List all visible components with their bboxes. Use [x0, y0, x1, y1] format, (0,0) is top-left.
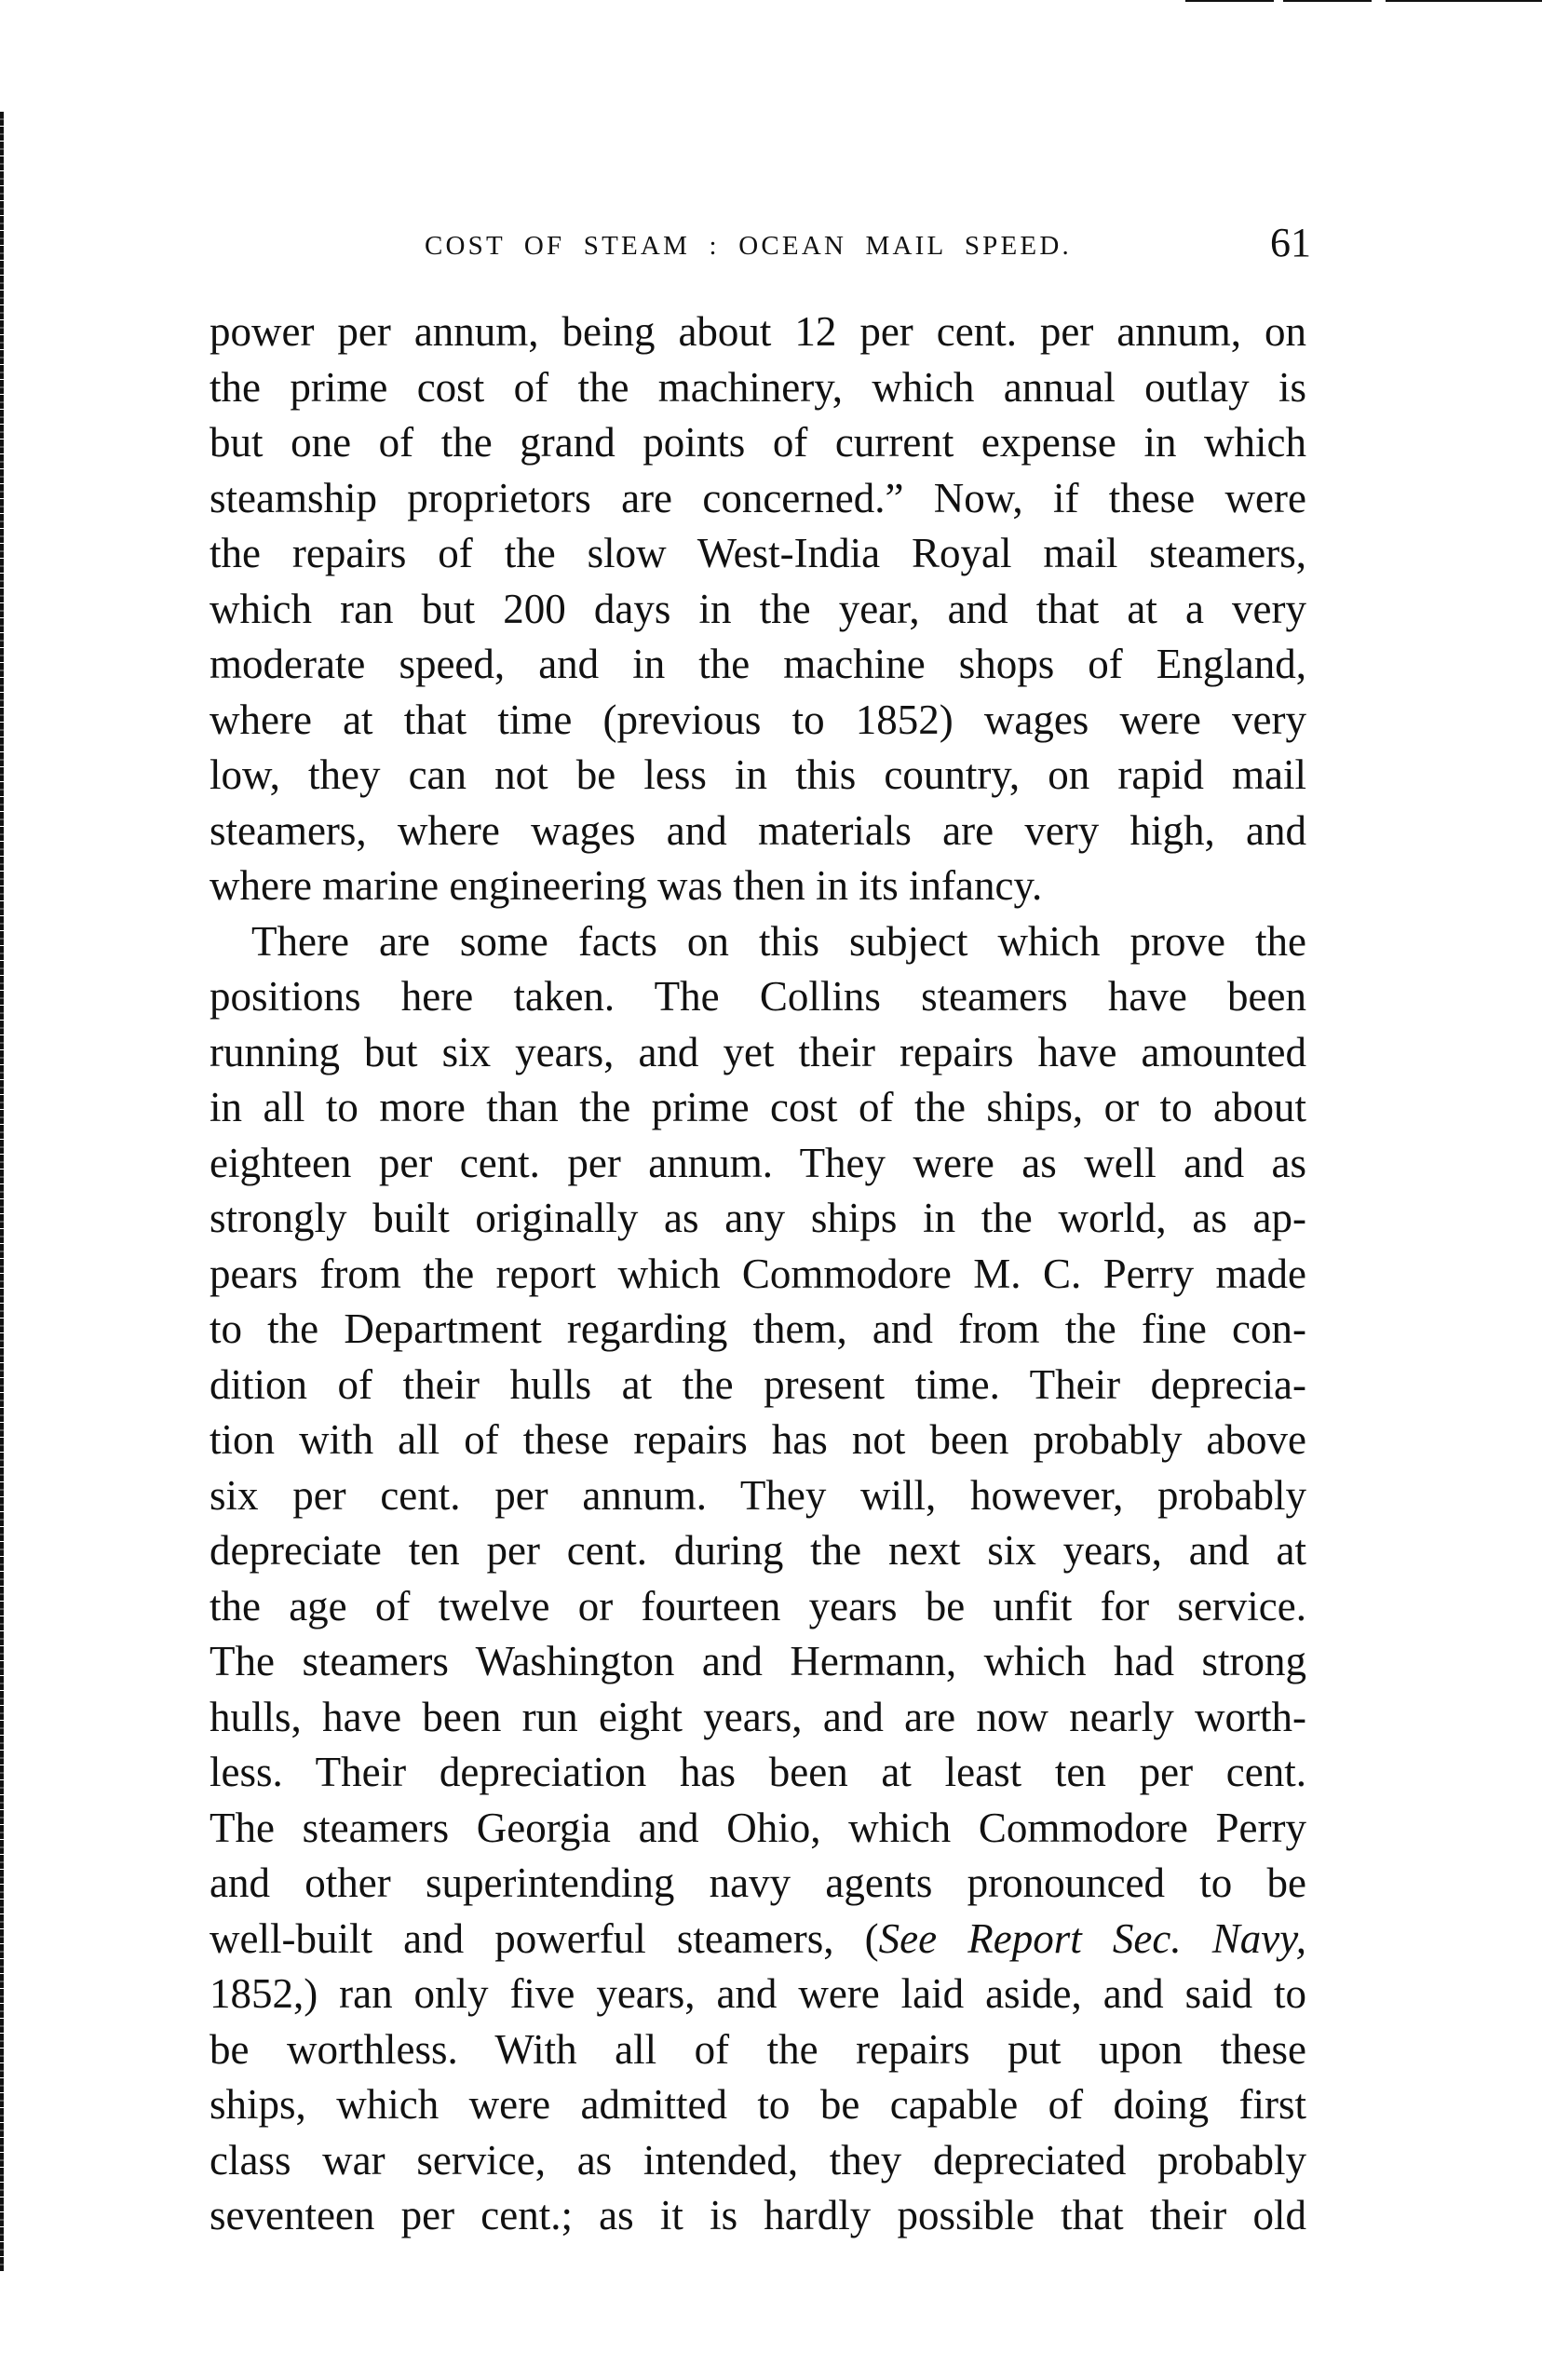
- paragraph-start-line: There are some facts on this subject whi…: [210, 914, 1306, 970]
- text-line: the repairs of the slow West-India Royal…: [210, 526, 1306, 582]
- text-line: steamers, where wages and materials are …: [210, 804, 1306, 859]
- text-line: running but six years, and yet their rep…: [210, 1025, 1306, 1081]
- running-head: COST OF STEAM : OCEAN MAIL SPEED.: [425, 230, 1095, 262]
- text-line: tion with all of these repairs has not b…: [210, 1413, 1306, 1468]
- paragraph-end-line: where marine engineering was then in its…: [210, 859, 1306, 914]
- text-line: class war service, as intended, they dep…: [210, 2133, 1306, 2189]
- text-line: where at that time (previous to 1852) wa…: [210, 693, 1306, 749]
- text-line: ships, which were admitted to be capable…: [210, 2077, 1306, 2133]
- body-text: power per annum, being about 12 per cent…: [210, 304, 1306, 2244]
- text-line: The steamers Georgia and Ohio, which Com…: [210, 1801, 1306, 1857]
- page-number: 61: [1270, 220, 1311, 266]
- text-line: low, they can not be less in this countr…: [210, 748, 1306, 804]
- text-line: which ran but 200 days in the year, and …: [210, 582, 1306, 638]
- text-line: moderate speed, and in the machine shops…: [210, 637, 1306, 693]
- text-line: and other superintending navy agents pro…: [210, 1856, 1306, 1912]
- text-line: strongly built originally as any ships i…: [210, 1191, 1306, 1247]
- text-line: six per cent. per annum. They will, howe…: [210, 1468, 1306, 1524]
- text-line: the prime cost of the machinery, which a…: [210, 360, 1306, 416]
- text-line: be worthless. With all of the repairs pu…: [210, 2022, 1306, 2078]
- text-line-with-citation: well-built and powerful steamers, (See R…: [210, 1912, 1306, 1968]
- top-scan-rule: [1185, 0, 1542, 2]
- text-line: dition of their hulls at the present tim…: [210, 1358, 1306, 1413]
- text-line: 1852,) ran only five years, and were lai…: [210, 1967, 1306, 2022]
- scan-edge-shadow: [0, 112, 4, 2272]
- text-line: less. Their depreciation has been at lea…: [210, 1745, 1306, 1801]
- text-line: the age of twelve or fourteen years be u…: [210, 1579, 1306, 1635]
- citation-italic: See Report Sec. Navy,: [879, 1915, 1306, 1962]
- text-line: seventeen per cent.; as it is hardly pos…: [210, 2188, 1306, 2244]
- text-line: depreciate ten per cent. during the next…: [210, 1523, 1306, 1579]
- text-line: positions here taken. The Collins steame…: [210, 969, 1306, 1025]
- text-line: The steamers Washington and Hermann, whi…: [210, 1634, 1306, 1690]
- text-line: pears from the report which Commodore M.…: [210, 1247, 1306, 1303]
- text-line: steamship proprietors are concerned.” No…: [210, 471, 1306, 527]
- text-line: but one of the grand points of current e…: [210, 415, 1306, 471]
- text-line: to the Department regarding them, and fr…: [210, 1302, 1306, 1358]
- text-segment: well-built and powerful steamers, (: [210, 1915, 879, 1962]
- text-line: hulls, have been run eight years, and ar…: [210, 1690, 1306, 1746]
- text-line: power per annum, being about 12 per cent…: [210, 304, 1306, 360]
- text-line: in all to more than the prime cost of th…: [210, 1080, 1306, 1136]
- text-line: eighteen per cent. per annum. They were …: [210, 1136, 1306, 1192]
